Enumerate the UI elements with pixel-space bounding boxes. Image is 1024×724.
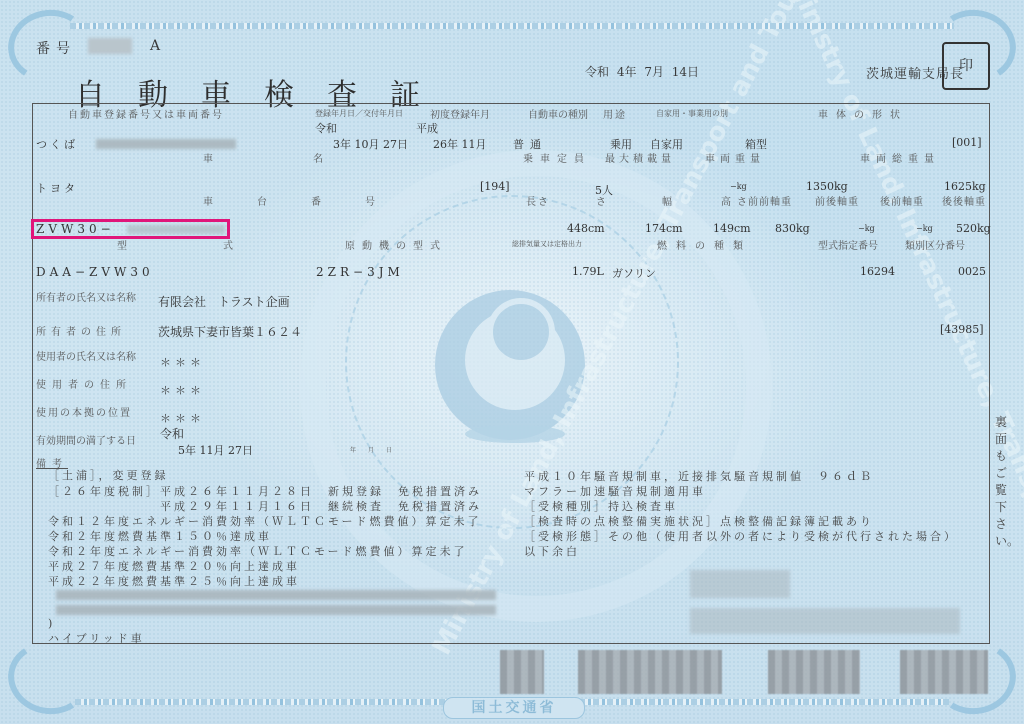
notes-redacted-line — [56, 590, 496, 600]
reg-number-label: 自動車登録番号又は車両番号 — [68, 106, 224, 121]
hybrid-note: ハイブリッド車 — [48, 630, 145, 646]
plate-region: つくば — [36, 136, 78, 152]
notes-right-line: ［検査時の点検整備実施状況］点検整備記録簿記載あり — [524, 513, 874, 529]
redacted-code — [578, 650, 722, 694]
gross-weight: 1625kg — [944, 180, 986, 193]
notes-right-line: マフラー加速騒音規制適用車 — [524, 483, 706, 499]
chassis-number-highlight — [31, 219, 230, 239]
notes-right-line: ［受検種別］持込検査車 — [524, 498, 678, 514]
owner-name-label: 所有者の氏名又は名称 — [36, 289, 136, 304]
type-designation: 16294 — [860, 265, 895, 278]
max-load-label: 最大積載量 — [605, 150, 675, 165]
width: 174cm — [645, 222, 683, 235]
plate-number-redacted — [96, 139, 236, 149]
notes-line: 平成２７年度燃費基準２０％向上達成車 — [48, 558, 300, 574]
vehicle-weight-label: 車両重量 — [705, 150, 765, 165]
notes-closing-paren: ) — [48, 617, 55, 630]
owner-address-label: 所有者の住所 — [36, 323, 126, 338]
redacted-code — [500, 650, 544, 694]
notes-redacted-line — [56, 605, 496, 615]
fuel-label: 燃料の種類 — [657, 237, 752, 252]
redacted-block — [690, 608, 960, 634]
gross-weight-label: 車両総重量 — [860, 150, 940, 165]
side-note: 裏面もご覧下さい。 — [995, 414, 1009, 550]
redacted-code — [900, 650, 988, 694]
redacted-block — [690, 570, 790, 598]
user-address-label: 使用者の住所 — [36, 376, 132, 391]
category-label: 類別区分番号 — [905, 237, 965, 252]
user-name: ＊＊＊ — [160, 354, 205, 370]
notes-line: 令和２年度燃費基準１５０％達成車 — [48, 528, 272, 544]
issue-era: 令和 — [585, 65, 609, 79]
issue-year: 4年 — [617, 65, 637, 79]
issue-day: 14日 — [672, 65, 699, 79]
displacement-label: 総排気量又は定格出力 — [512, 239, 582, 249]
maker-label-2: 名 — [313, 150, 325, 165]
notes-right-line: 以下余白 — [524, 543, 580, 559]
chassis-label: 車台番号 — [203, 193, 419, 208]
notes-line: 令和１２年度エネルギー消費効率（ＷＬＴＣモード燃費値）算定未了 — [48, 513, 482, 529]
reg-date: 3年 10月 27日 — [333, 136, 408, 152]
type-designation-label: 型式指定番号 — [818, 237, 878, 252]
fr-axle-label: 前後軸重 — [815, 193, 859, 208]
rr-axle: 520kg — [956, 222, 991, 235]
body-code: [001] — [952, 136, 982, 149]
length-label-2: さ — [596, 193, 608, 208]
length-label: 長さ — [526, 193, 550, 208]
private-business-label: 自家用・事業用の別 — [656, 108, 728, 119]
redacted-code — [768, 650, 860, 694]
issue-month: 7月 — [644, 65, 664, 79]
vehicle-inspection-certificate: Ministry of Land, Infrastructure, Transp… — [0, 0, 1024, 724]
owner-address-code: [43985] — [940, 323, 984, 336]
issue-date: 令和 4年 7月 14日 — [585, 63, 699, 80]
user-name-label: 使用者の氏名又は名称 — [36, 348, 136, 363]
expiry-label: 有効期間の満了する日 — [36, 432, 136, 447]
serial-number-redacted — [88, 38, 132, 54]
official-seal-icon: 印 — [942, 42, 990, 90]
body-shape-label: 車体の形状 — [818, 106, 908, 121]
first-reg-label: 初度登録年月 — [430, 106, 490, 121]
height: 149cm — [713, 222, 751, 235]
model: DAA−ZVW30 — [36, 265, 154, 279]
owner-address: 茨城県下妻市皆葉１６２４ — [158, 323, 302, 340]
owner-name: 有限会社 トラスト企画 — [158, 293, 290, 310]
rf-axle-label: 後前軸重 — [880, 193, 924, 208]
fr-axle: −kg — [858, 224, 875, 233]
notes-line: ［土浦］，変更登録 — [48, 467, 169, 483]
rf-axle: −kg — [916, 224, 933, 233]
capacity-label: 乗車定員 — [523, 150, 591, 165]
notes-line: 令和２年度エネルギー消費効率（ＷＬＴＣモード燃費値）算定未了 — [48, 543, 468, 559]
serial-suffix: A — [150, 38, 160, 54]
first-reg-era: 平成 — [416, 120, 438, 136]
usage-label: 用途 — [603, 106, 627, 121]
length: 448cm — [567, 222, 605, 235]
serial-label: 番号 — [36, 38, 76, 58]
ministry-badge: 国土交通省 — [443, 697, 585, 719]
notes-line: ［２６年度税制］平成２６年１１月２８日 新規登録 免税措置済み — [48, 483, 482, 499]
category: 0025 — [958, 265, 986, 278]
max-load: −kg — [730, 182, 747, 191]
notes-line: 平成２９年１１月１６日 継続検査 免税措置済み — [48, 498, 482, 514]
top-border-strip — [70, 23, 954, 29]
base-location: ＊＊＊ — [160, 410, 205, 426]
model-label-1: 型 — [117, 237, 129, 252]
rr-axle-label: 後後軸重 — [942, 193, 986, 208]
reg-date-label: 登録年月日／交付年月日 — [315, 108, 403, 119]
ff-axle-label: 前前軸重 — [748, 193, 792, 208]
engine-label: 原動機の型式 — [345, 237, 447, 252]
maker-code: [194] — [480, 180, 510, 193]
expiry-date: 5年 11月 27日 — [178, 442, 253, 458]
fuel: ガソリン — [612, 265, 656, 281]
expiry-blank: 年 月 日 — [350, 445, 392, 454]
engine: 2ZR−3JM — [316, 265, 404, 279]
first-reg-date: 26年 11月 — [433, 136, 487, 152]
maker: トヨタ — [36, 180, 78, 196]
reg-date-era: 令和 — [315, 120, 337, 136]
maker-label-1: 車 — [203, 150, 215, 165]
model-label-2: 式 — [223, 237, 235, 252]
user-address: ＊＊＊ — [160, 382, 205, 398]
notes-right-line: ［受検形態］その他（使用者以外の者により受検が代行された場合） — [524, 528, 958, 544]
vehicle-kind-label: 自動車の種別 — [528, 106, 588, 121]
ff-axle: 830kg — [775, 222, 810, 235]
notes-line: 平成２２年度燃費基準２５％向上達成車 — [48, 573, 300, 589]
expiry-era: 令和 — [160, 425, 184, 442]
vehicle-weight: 1350kg — [806, 180, 848, 193]
displacement: 1.79L — [572, 265, 604, 278]
width-label: 幅 — [662, 193, 674, 208]
notes-right-line: 平成１０年騒音規制車，近接排気騒音規制値 ９６ｄＢ — [524, 468, 874, 484]
base-location-label: 使用の本拠の位置 — [36, 404, 132, 419]
